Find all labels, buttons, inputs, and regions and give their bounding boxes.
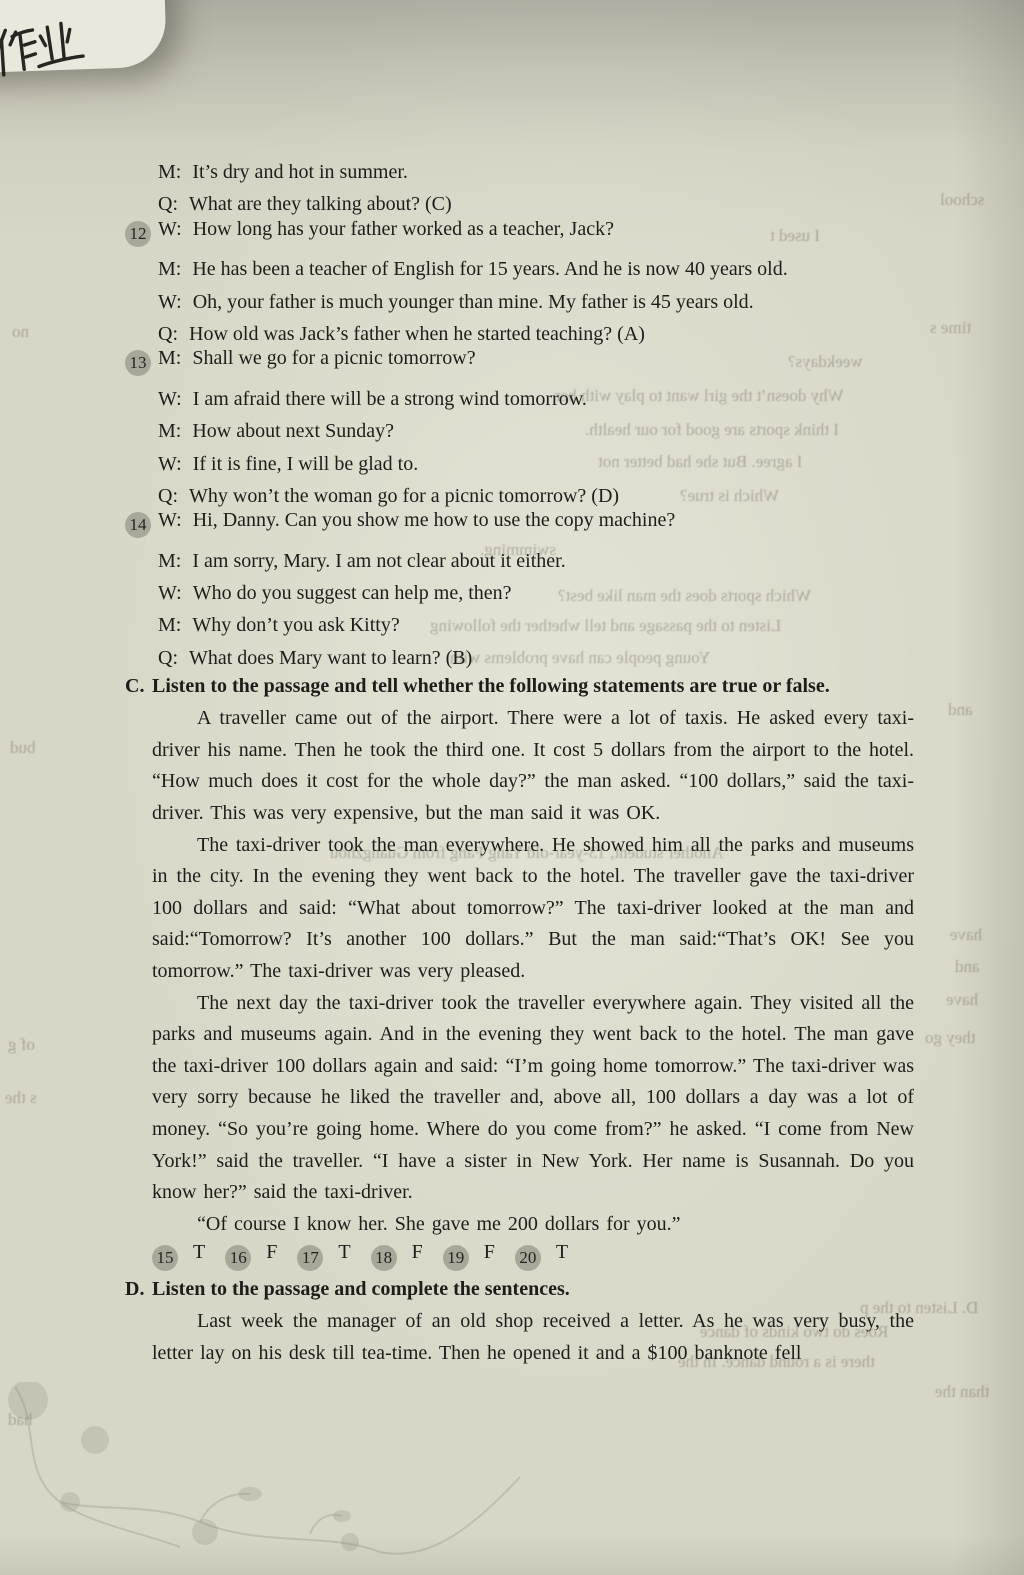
answer-item: 20T xyxy=(515,1240,568,1266)
question-number-badge xyxy=(125,642,151,668)
dialogue-line: Q: Why won’t the woman go for a picnic t… xyxy=(125,476,915,508)
answer-value: T xyxy=(556,1241,568,1264)
passage-paragraph: “Of course I know her. She gave me 200 d… xyxy=(125,1209,914,1241)
speaker-label: M: xyxy=(158,347,181,370)
dialogue-line: 14 W: Hi, Danny. Can you show me how to … xyxy=(125,508,915,540)
speaker-label: M: xyxy=(158,550,181,573)
dialogue-line: M: I am sorry, Mary. I am not clear abou… xyxy=(125,541,915,573)
dialogue-text: Who do you suggest can help me, then? xyxy=(193,582,512,605)
question-number-badge xyxy=(125,415,151,441)
true-false-answers: 15T 16F 17T 18F 19F 20T xyxy=(125,1240,915,1273)
question-number-badge xyxy=(125,318,151,344)
dialogue-text: I am afraid there will be a strong wind … xyxy=(193,388,587,411)
question-number-badge xyxy=(125,253,151,279)
speaker-label: W: xyxy=(158,388,182,411)
question-number-badge xyxy=(125,383,151,409)
dialogue-line: W: If it is fine, I will be glad to. xyxy=(125,444,915,476)
dialogue-text: It’s dry and hot in summer. xyxy=(192,161,408,184)
dialogue-list: M: It’s dry and hot in summer. Q: What a… xyxy=(125,152,915,670)
question-number-badge: 14 xyxy=(125,512,151,538)
answer-number-badge: 17 xyxy=(297,1245,323,1271)
answer-item: 15T xyxy=(152,1240,205,1266)
passage-paragraph: Last week the manager of an old shop rec… xyxy=(125,1306,914,1369)
dialogue-text: He has been a teacher of English for 15 … xyxy=(192,258,787,281)
speaker-label: W: xyxy=(158,453,182,476)
dialogue-text: How old was Jack’s father when he starte… xyxy=(189,323,645,346)
section-c-heading: C.Listen to the passage and tell whether… xyxy=(125,670,915,703)
scan-edge-shadow-bottom xyxy=(0,1535,1024,1575)
bleed-through-text: bud xyxy=(10,738,36,758)
answer-number-badge: 18 xyxy=(371,1245,397,1271)
scanned-workbook-page: schoolI used tnotime sweekdays?Why doesn… xyxy=(0,0,1024,1575)
section-c-label: C. xyxy=(125,670,152,703)
handwriting-zuoye xyxy=(0,14,96,86)
section-d-label: D. xyxy=(125,1273,152,1306)
question-number-badge: 13 xyxy=(125,350,151,376)
dialogue-line: M: He has been a teacher of English for … xyxy=(125,249,915,281)
question-number-badge xyxy=(125,545,151,571)
answer-value: F xyxy=(412,1241,423,1264)
dialogue-text: Why don’t you ask Kitty? xyxy=(192,614,399,637)
dialogue-text: What does Mary want to learn? (B) xyxy=(189,647,472,670)
answer-value: F xyxy=(484,1241,495,1264)
dialogue-text: I am sorry, Mary. I am not clear about i… xyxy=(192,550,565,573)
passage-paragraph: A traveller came out of the airport. The… xyxy=(125,703,914,829)
speaker-label: Q: xyxy=(158,323,178,346)
section-d-passage: Last week the manager of an old shop rec… xyxy=(125,1306,915,1369)
dialogue-text: Hi, Danny. Can you show me how to use th… xyxy=(193,509,676,532)
dialogue-line: 13 M: Shall we go for a picnic tomorrow? xyxy=(125,346,915,378)
question-number-badge xyxy=(125,448,151,474)
speaker-label: M: xyxy=(158,258,181,281)
answer-value: T xyxy=(338,1241,350,1264)
scan-edge-shadow-right xyxy=(954,0,1024,1575)
bleed-through-text: of g xyxy=(8,1035,35,1055)
speaker-label: M: xyxy=(158,161,181,184)
speaker-label: Q: xyxy=(158,193,178,216)
question-number-badge xyxy=(125,609,151,635)
section-d-title: Listen to the passage and complete the s… xyxy=(152,1278,570,1300)
answer-number-badge: 19 xyxy=(443,1245,469,1271)
dialogue-line: Q: What does Mary want to learn? (B) xyxy=(125,638,915,670)
bleed-through-text: s the xyxy=(5,1088,37,1108)
dialogue-text: If it is fine, I will be glad to. xyxy=(193,453,419,476)
question-number-badge xyxy=(125,188,151,214)
passage-paragraph: The next day the taxi-driver took the tr… xyxy=(125,988,914,1209)
answer-item: 17T xyxy=(297,1240,350,1266)
dialogue-line: W: I am afraid there will be a strong wi… xyxy=(125,379,915,411)
answer-number-badge: 20 xyxy=(515,1245,541,1271)
speaker-label: M: xyxy=(158,420,181,443)
speaker-label: Q: xyxy=(158,647,178,670)
answer-number-badge: 16 xyxy=(225,1245,251,1271)
answer-value: F xyxy=(266,1241,277,1264)
dialogue-text: Shall we go for a picnic tomorrow? xyxy=(192,347,475,370)
section-c-passage: A traveller came out of the airport. The… xyxy=(125,703,915,1240)
question-number-badge xyxy=(125,577,151,603)
dialogue-line: M: How about next Sunday? xyxy=(125,411,915,443)
dialogue-text: Why won’t the woman go for a picnic tomo… xyxy=(189,485,619,508)
answer-number-badge: 15 xyxy=(152,1245,178,1271)
section-c-title: Listen to the passage and tell whether t… xyxy=(152,675,830,697)
dialogue-text: What are they talking about? (C) xyxy=(189,193,452,216)
dialogue-line: W: Oh, your father is much younger than … xyxy=(125,282,915,314)
bleed-through-text: no xyxy=(12,322,29,342)
question-number-badge xyxy=(125,480,151,506)
dialogue-text: Oh, your father is much younger than min… xyxy=(193,291,754,314)
answer-value: T xyxy=(193,1241,205,1264)
speaker-label: W: xyxy=(158,218,182,241)
dialogue-line: W: Who do you suggest can help me, then? xyxy=(125,573,915,605)
page-content: M: It’s dry and hot in summer. Q: What a… xyxy=(125,152,915,1370)
speaker-label: W: xyxy=(158,509,182,532)
speaker-label: M: xyxy=(158,614,181,637)
dialogue-line: Q: How old was Jack’s father when he sta… xyxy=(125,314,915,346)
question-number-badge xyxy=(125,286,151,312)
dialogue-line: M: It’s dry and hot in summer. xyxy=(125,152,915,184)
answer-item: 18F xyxy=(371,1240,423,1266)
dialogue-line: M: Why don’t you ask Kitty? xyxy=(125,605,915,637)
answer-item: 16F xyxy=(225,1240,277,1266)
dialogue-text: How long has your father worked as a tea… xyxy=(193,218,614,241)
section-d-heading: D.Listen to the passage and complete the… xyxy=(125,1273,915,1306)
answer-item: 19F xyxy=(443,1240,495,1266)
speaker-label: W: xyxy=(158,291,182,314)
speaker-label: W: xyxy=(158,582,182,605)
question-number-badge xyxy=(125,156,151,182)
dialogue-text: How about next Sunday? xyxy=(192,420,394,443)
question-number-badge: 12 xyxy=(125,221,151,247)
passage-paragraph: The taxi-driver took the man everywhere.… xyxy=(125,830,914,988)
speaker-label: Q: xyxy=(158,485,178,508)
dialogue-line: 12 W: How long has your father worked as… xyxy=(125,217,915,249)
dialogue-line: Q: What are they talking about? (C) xyxy=(125,184,915,216)
